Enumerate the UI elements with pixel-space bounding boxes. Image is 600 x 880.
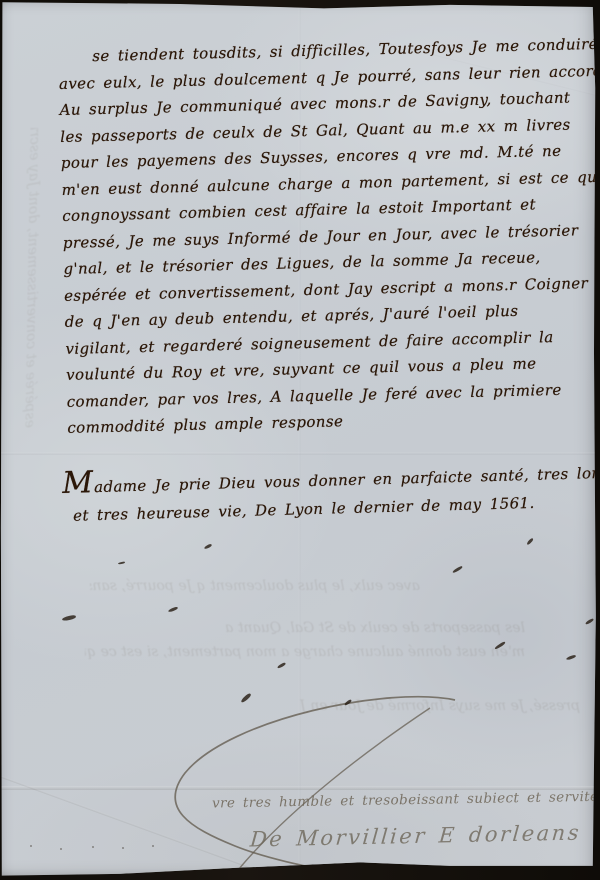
signature: De Morvillier E dorleans [249,821,582,852]
ink-speck [168,606,178,612]
ink-speck [240,693,252,704]
ink-speck [118,561,125,564]
ink-speck [494,641,506,650]
bleedthrough-line: espérée et convertissement, dont Jay esc… [21,128,42,428]
fold-crease-diagonal [0,768,299,880]
ink-speck [344,699,352,706]
manuscript-paper: avec eulx, le plus doulcement q Je pourr… [0,0,600,880]
ink-dot [60,848,62,850]
bleedthrough-line: avec eulx, le plus doulcement q Je pourr… [90,578,420,594]
bleedthrough-line: m'en eust donné aulcune charge a mon par… [85,644,525,660]
ink-speck [277,662,286,669]
ink-dot [152,845,154,847]
subscription-line: vre tres humble et tresobeissant subiect… [212,788,600,811]
ink-dot [30,845,32,847]
ink-dot [92,846,94,848]
ink-speck [452,565,463,573]
ink-dot [122,847,124,849]
photo-background: avec eulx, le plus doulcement q Je pourr… [0,0,600,880]
fold-crease-horizontal [0,452,600,455]
ink-speck [62,615,77,622]
bleedthrough-line: pressé, Je me suys Informé de Jour en Jo… [300,698,580,714]
ink-speck [566,655,576,661]
ink-speck [585,618,594,625]
body-text: se tiendent tousdits, si difficilles, To… [58,31,598,441]
ink-speck [526,538,534,546]
bleedthrough-line: les passeports de ceulx de St Gal, Quant… [225,620,525,636]
ink-speck [204,543,213,549]
closing-paragraph: Madame Je prie Dieu vous donner en parfa… [62,459,583,529]
